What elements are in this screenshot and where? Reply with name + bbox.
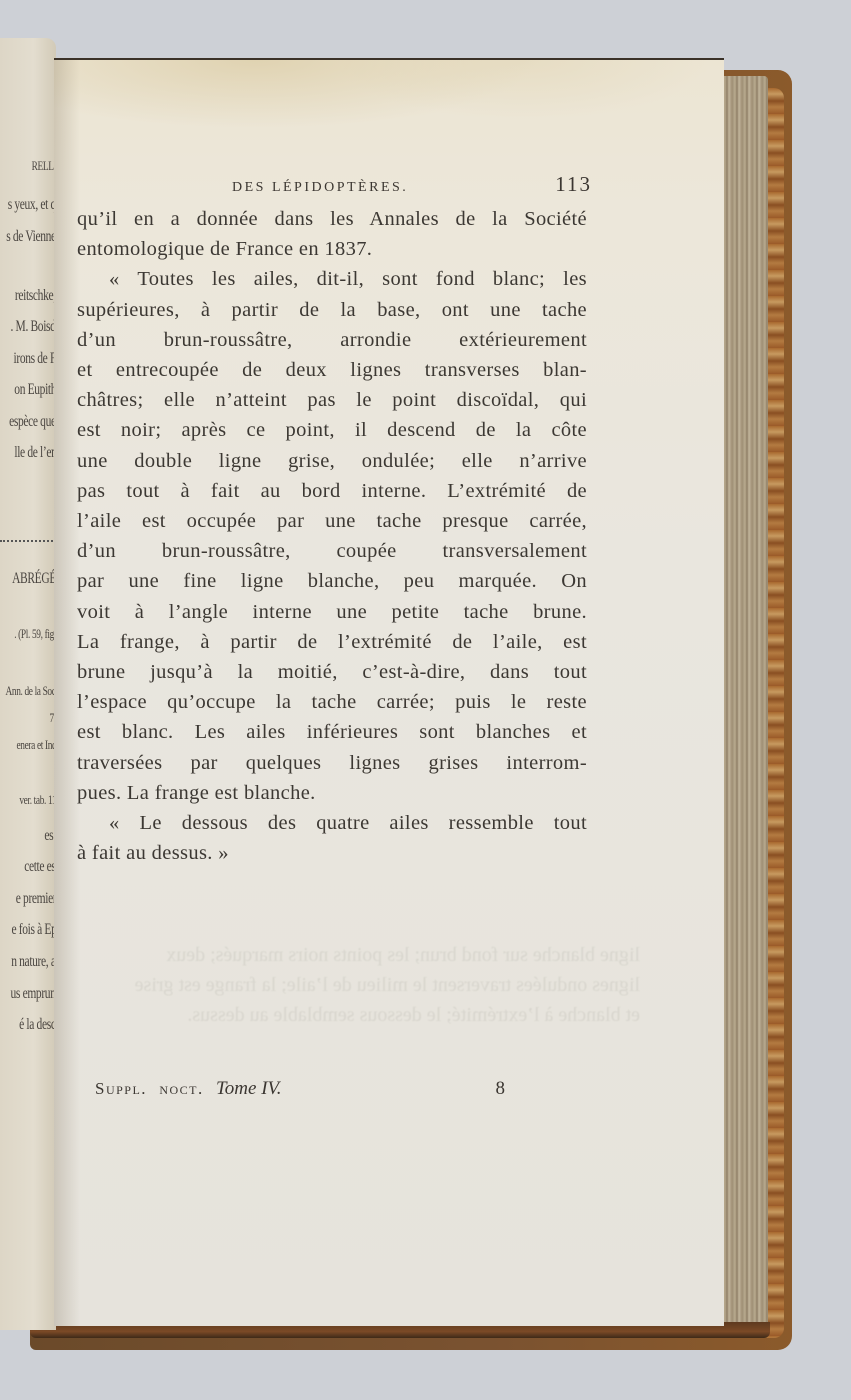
text-line: supérieures, à partir de la base, ont un… (77, 295, 587, 325)
left-page-text-fragment: . M. Boisd (11, 318, 56, 336)
left-page-text-fragment: e fois à Ep (11, 921, 56, 939)
left-page-text-fragment: ver. tab. 11 (19, 792, 56, 808)
text-line: La frange, à partir de l’extrémité de l’… (77, 627, 587, 657)
left-page-text-fragment: RELLI (31, 158, 56, 174)
text-line: entomologique de France en 1837. (77, 234, 587, 264)
text-line: une double ligne grise, ondulée; elle n’… (77, 446, 587, 476)
left-page-text-fragment: reitschke, (15, 287, 56, 305)
left-page-text-fragment: n nature, a (12, 953, 56, 971)
left-page-text-fragment: lle de l’en (14, 444, 56, 462)
text-line: « Le dessous des quatre ailes ressemble … (77, 808, 587, 838)
text-line: est noir; après ce point, il descend de … (77, 415, 587, 445)
text-line: pues. La frange est blanche. (77, 778, 587, 808)
left-page-text-fragment: s yeux, et q (8, 196, 56, 214)
page-number: 113 (555, 172, 592, 197)
running-head: DES LÉPIDOPTÈRES. 113 (232, 172, 592, 197)
text-line: d’un brun-roussâtre, arrondie extérieure… (77, 325, 587, 355)
text-line: qu’il en a donnée dans les Annales de la… (77, 204, 587, 234)
text-line: traversées par quelques lignes grises in… (77, 748, 587, 778)
left-page-text-fragment: é la desc (20, 1016, 56, 1034)
signature-footer: Suppl. noct. Tome IV. 8 (95, 1078, 505, 1100)
text-line: par une fine ligne blanche, peu marquée.… (77, 566, 587, 596)
left-page-text-fragment: irons de F (14, 350, 56, 368)
left-page-ornamental-rule (0, 540, 56, 543)
left-page-text-fragment: Ann. de la Soc (6, 683, 56, 699)
left-page-text-fragment: s de Vienne (6, 228, 56, 246)
text-line: châtres; elle n’atteint pas le point dis… (77, 385, 587, 415)
signature-volume: Tome IV. (216, 1078, 281, 1099)
signature-subseries: noct. (159, 1079, 203, 1098)
text-line: d’un brun-roussâtre, coupée transversale… (77, 536, 587, 566)
left-page-text-fragment: on Eupith (14, 381, 56, 399)
text-line: est blanc. Les ailes inférieures sont bl… (77, 717, 587, 747)
left-page-edge: RELLIs yeux, et qs de Viennereitschke, .… (0, 38, 56, 1330)
text-line: « Toutes les ailes, dit-il, sont fond bl… (77, 264, 587, 294)
text-line: à fait au dessus. » (77, 838, 587, 868)
left-page-text-fragment: ABRÉGÉ (12, 570, 56, 588)
bleed-through-text: ligne blanche sur fond brun; les points … (130, 940, 640, 1030)
text-line: l’aile est occupée par une tache presque… (77, 506, 587, 536)
left-page-text-fragment: espèce que (9, 413, 56, 431)
signature-mark: 8 (496, 1078, 506, 1100)
left-page-text-fragment: . (Pl. 59, fig. (14, 626, 56, 642)
text-line: l’espace qu’occupe la tache carrée; puis… (77, 687, 587, 717)
body-text: qu’il en a donnée dans les Annales de la… (77, 204, 587, 868)
left-page-text-fragment: us emprun (11, 985, 56, 1003)
text-line: pas tout à fait au bord interne. L’extré… (77, 476, 587, 506)
left-page-text-fragment: enera et Ind (16, 737, 56, 753)
left-page-text-fragment: cette es (25, 858, 56, 876)
text-line: brune jusqu’à la moitié, c’est-à-dire, d… (77, 657, 587, 687)
signature-series: Suppl. (95, 1079, 147, 1098)
left-page-text-fragment: e premier (15, 890, 56, 908)
running-title: DES LÉPIDOPTÈRES. (232, 180, 408, 196)
text-line: et entrecoupée de deux lignes transverse… (77, 355, 587, 385)
text-line: voit à l’angle interne une petite tache … (77, 597, 587, 627)
